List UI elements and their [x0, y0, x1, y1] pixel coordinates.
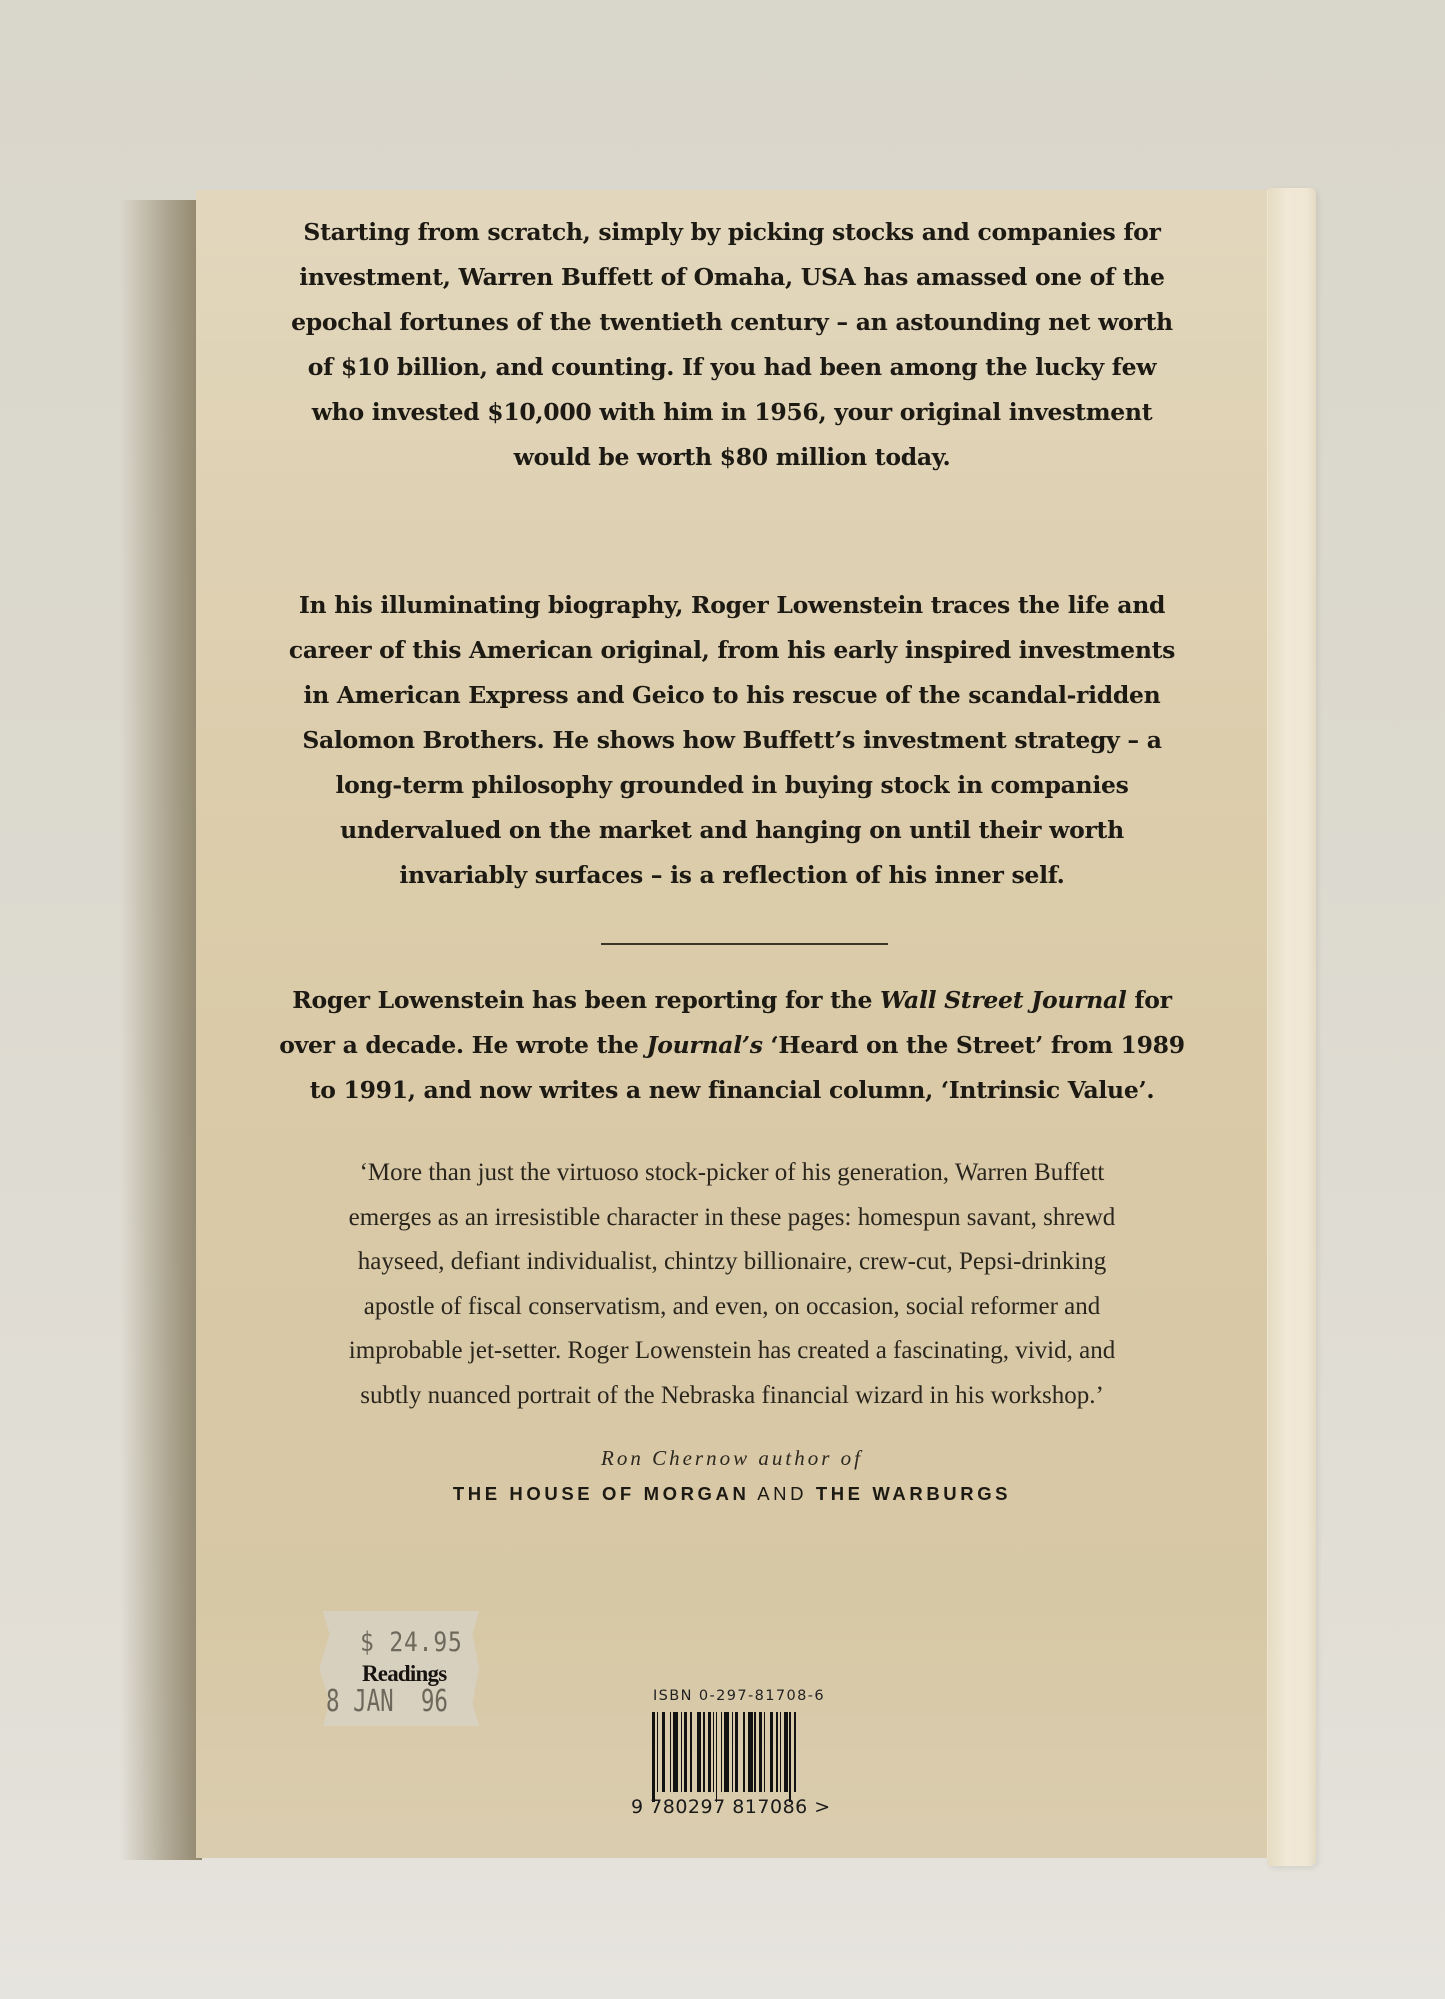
- author-bio-line: Roger Lowenstein has been reporting for …: [196, 978, 1268, 1023]
- blurb-line: would be worth $80 million today.: [196, 435, 1268, 480]
- blurb-line: invariably surfaces – is a reflection of…: [196, 853, 1268, 898]
- barcode-icon: [652, 1712, 830, 1802]
- author-bio-line: to 1991, and now writes a new financial …: [196, 1068, 1268, 1113]
- quote-line: apostle of fiscal conservatism, and even…: [196, 1285, 1268, 1330]
- blurb-line: who invested $10,000 with him in 1956, y…: [196, 390, 1268, 435]
- blurb-line: long-term philosophy grounded in buying …: [196, 763, 1268, 808]
- quote-attribution: Ron Chernow author of: [196, 1446, 1268, 1471]
- book-shadow: [120, 200, 202, 1860]
- book-back-cover: Starting from scratch, simply by picking…: [196, 190, 1268, 1858]
- quote-line: ‘More than just the virtuoso stock-picke…: [196, 1151, 1268, 1196]
- book-title: THE WARBURGS: [816, 1483, 1011, 1504]
- publication-name: Journal’s: [646, 1031, 762, 1059]
- review-quote: ‘More than just the virtuoso stock-picke…: [196, 1151, 1268, 1418]
- blurb-line: In his illuminating biography, Roger Low…: [196, 583, 1268, 628]
- blurb-paragraph-1: Starting from scratch, simply by picking…: [196, 210, 1268, 480]
- blurb-line: undervalued on the market and hanging on…: [196, 808, 1268, 853]
- book-page-edges: [1268, 188, 1316, 1866]
- blurb-line: of $10 billion, and counting. If you had…: [196, 345, 1268, 390]
- blurb-line: in American Express and Geico to his res…: [196, 673, 1268, 718]
- conjunction: AND: [757, 1483, 807, 1504]
- blurb-paragraph-2: In his illuminating biography, Roger Low…: [196, 583, 1268, 898]
- blurb-line: investment, Warren Buffett of Omaha, USA…: [196, 255, 1268, 300]
- section-divider: [601, 943, 888, 945]
- blurb-line: Salomon Brothers. He shows how Buffett’s…: [196, 718, 1268, 763]
- quote-line: emerges as an irresistible character in …: [196, 1196, 1268, 1241]
- blurb-line: epochal fortunes of the twentieth centur…: [196, 300, 1268, 345]
- isbn-label: ISBN 0-297-81708-6: [653, 1688, 825, 1704]
- quote-line: hayseed, defiant individualist, chintzy …: [196, 1240, 1268, 1285]
- publication-name: Wall Street Journal: [880, 986, 1127, 1014]
- quote-line: subtly nuanced portrait of the Nebraska …: [196, 1374, 1268, 1419]
- ean-number: 9 780297 817086 >: [631, 1796, 831, 1818]
- sticker-date: 8 JAN 96: [326, 1684, 454, 1719]
- book-title: THE HOUSE OF MORGAN: [453, 1483, 750, 1504]
- quote-line: improbable jet-setter. Roger Lowenstein …: [196, 1329, 1268, 1374]
- quote-attribution-books: THE HOUSE OF MORGAN AND THE WARBURGS: [196, 1483, 1268, 1505]
- blurb-line: Starting from scratch, simply by picking…: [196, 210, 1268, 255]
- author-bio: Roger Lowenstein has been reporting for …: [196, 978, 1268, 1113]
- blurb-line: career of this American original, from h…: [196, 628, 1268, 673]
- sticker-price: $ 24.95: [360, 1627, 488, 1658]
- author-bio-line: over a decade. He wrote the Journal’s ‘H…: [196, 1023, 1268, 1068]
